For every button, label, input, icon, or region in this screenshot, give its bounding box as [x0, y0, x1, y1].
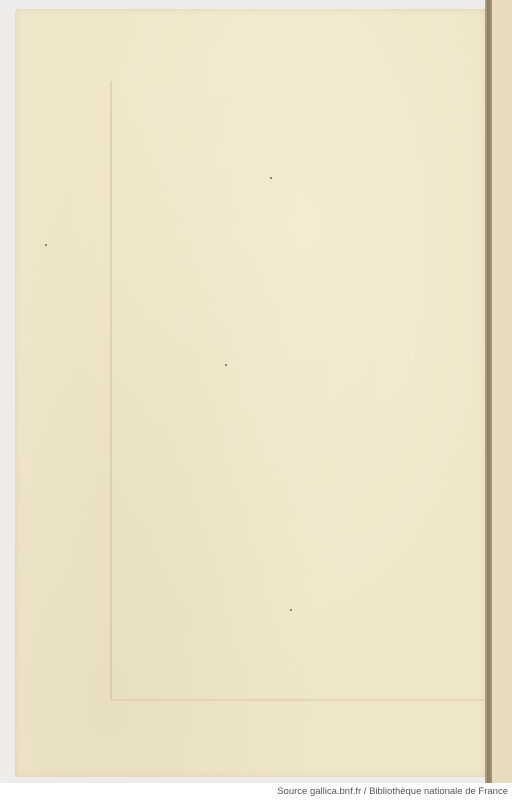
foxing-spot — [290, 609, 292, 611]
book-gutter — [485, 0, 492, 783]
faint-plate-mark — [110, 81, 497, 701]
foxing-spot — [45, 244, 47, 246]
source-credit: Source gallica.bnf.fr / Bibliothèque nat… — [277, 786, 508, 797]
blank-page — [15, 9, 485, 777]
foxing-spot — [270, 177, 272, 179]
adjacent-page-edge — [492, 0, 512, 783]
foxing-spot — [225, 364, 227, 366]
